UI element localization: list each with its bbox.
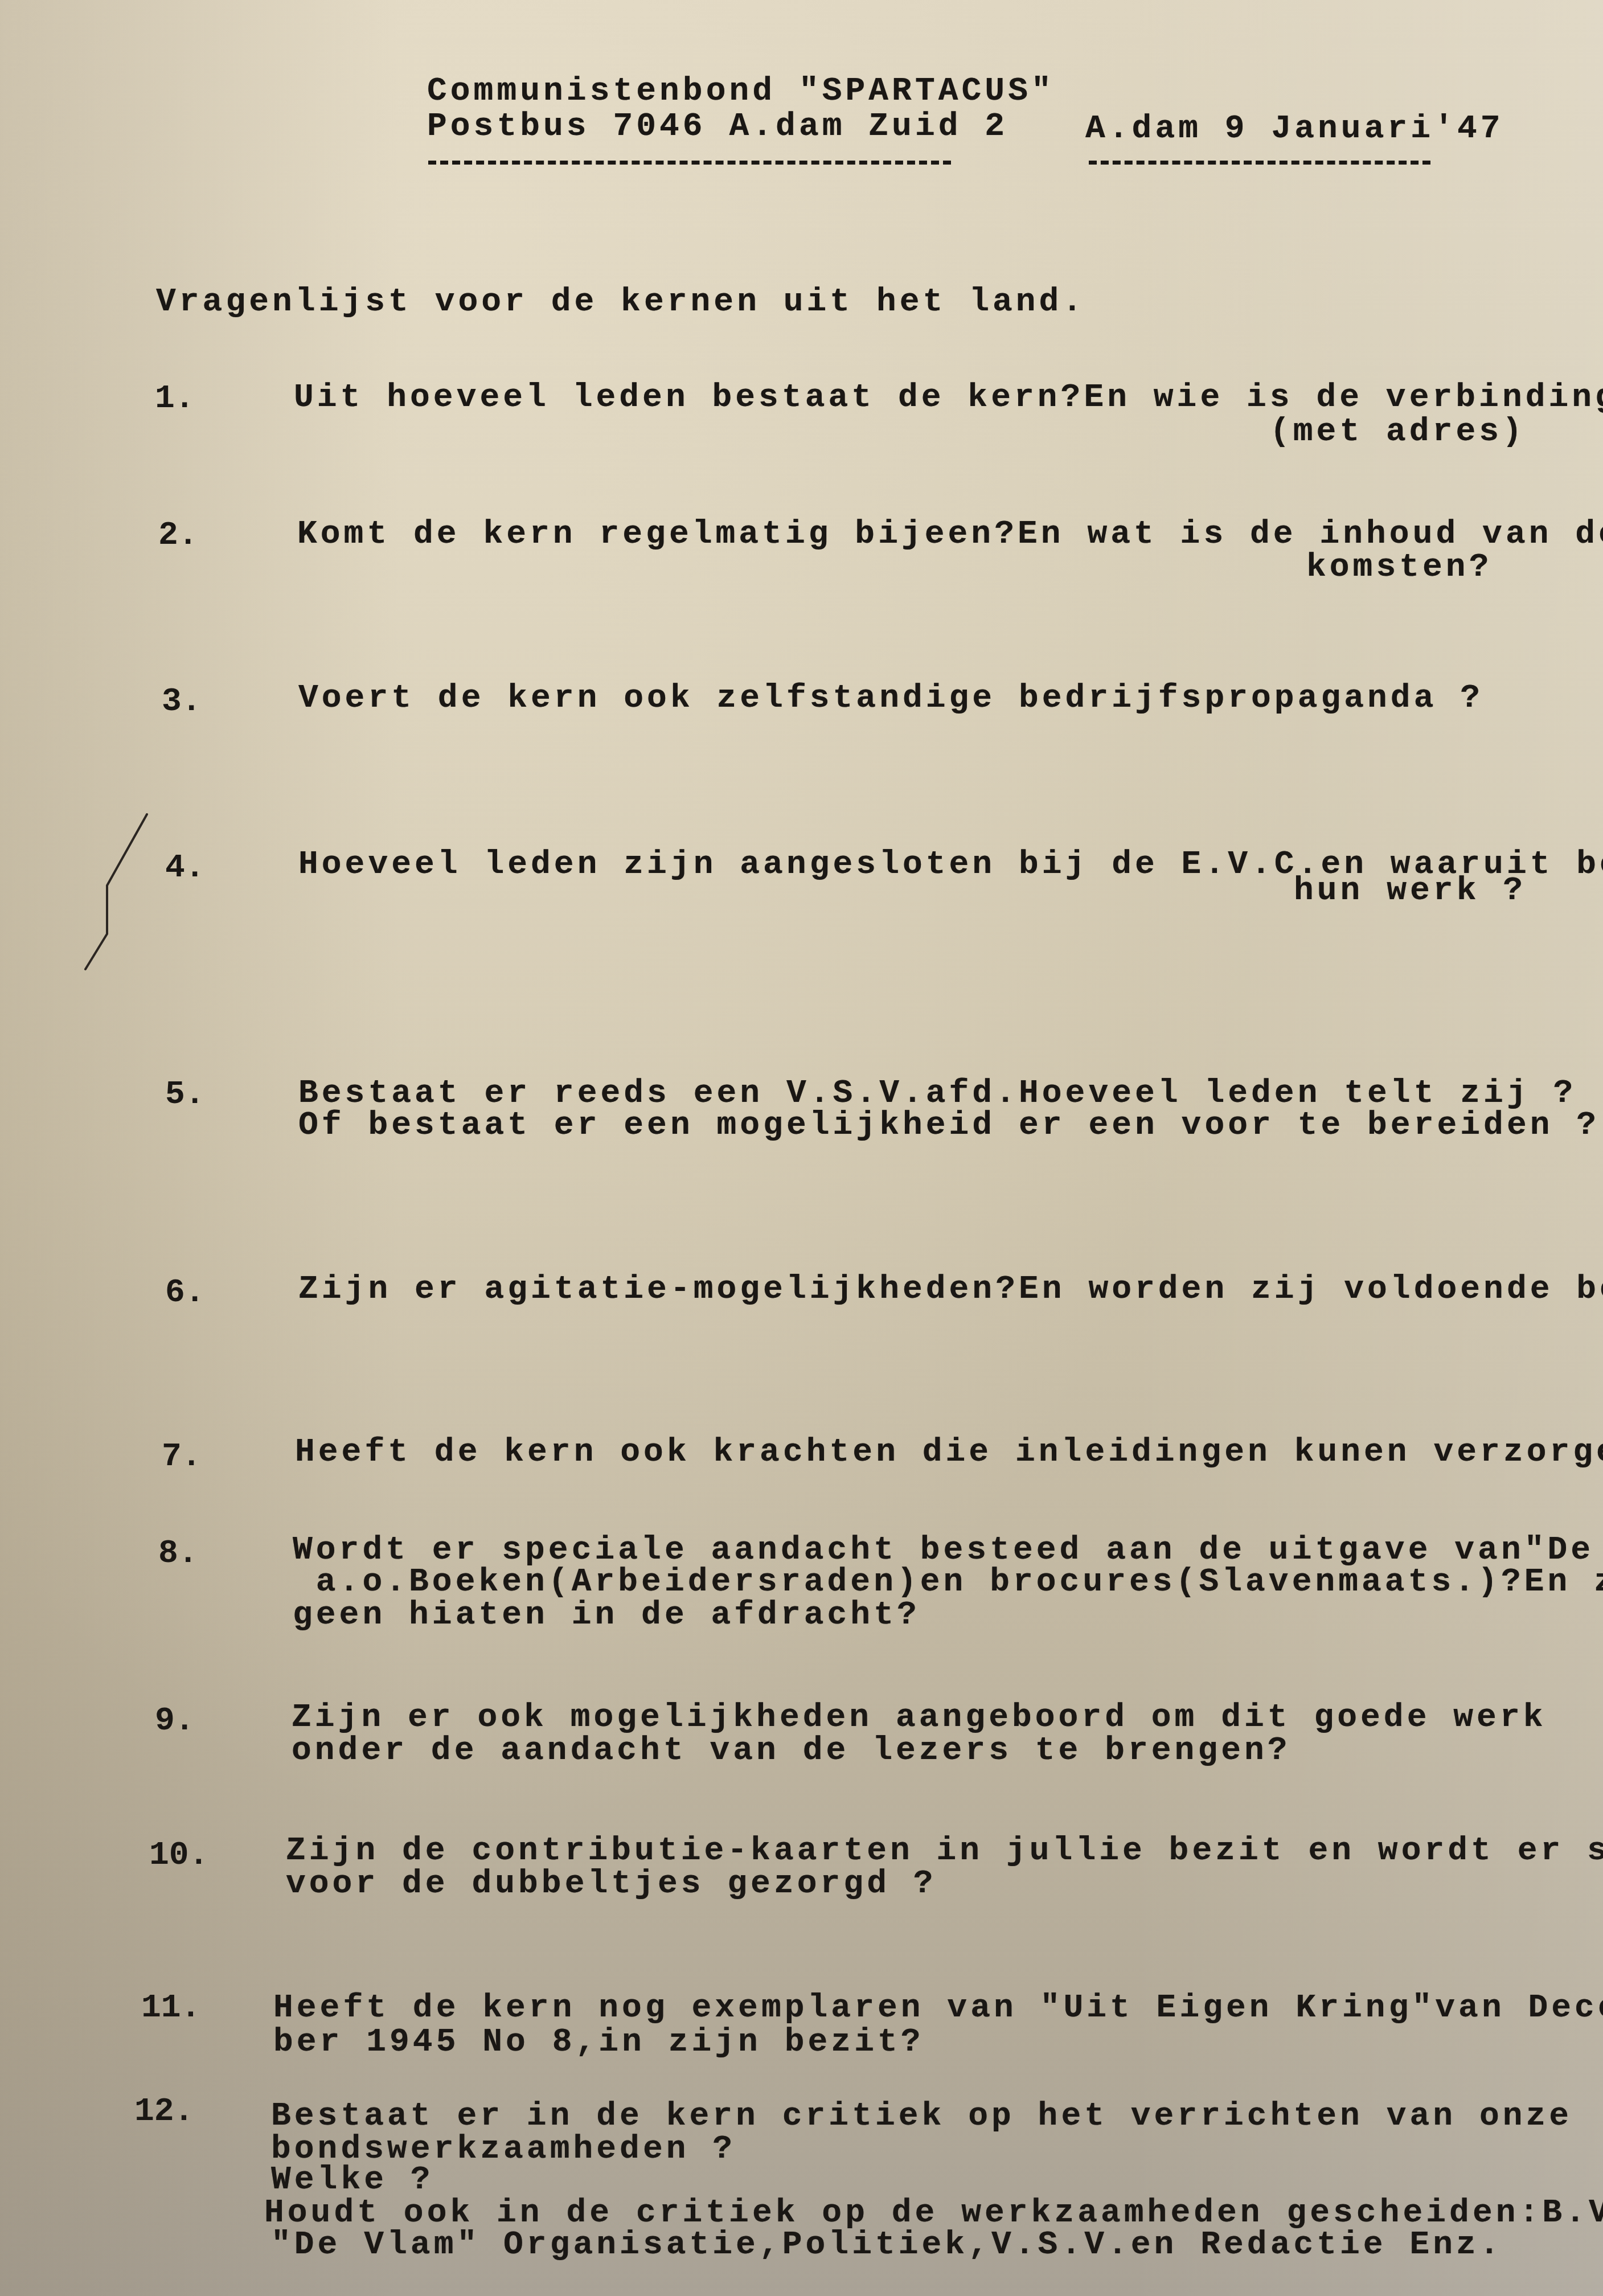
question-number: 4. [165,850,205,887]
question-line: (met adres) [1270,415,1526,450]
question-number: 6. [165,1274,205,1311]
question-line: Uit hoeveel leden bestaat de kern?En wie… [294,380,1603,416]
question-line: Zijn er agitatie-mogelijkheden?En worden… [298,1272,1603,1307]
org-address: Postbus 7046 A.dam Zuid 2 [427,109,1008,145]
question-number: 3. [162,683,202,720]
question-number: 2. [158,517,198,554]
question-line: onder de aandacht van de lezers te breng… [292,1733,1291,1769]
address-underline [428,161,951,165]
question-line: geen hiaten in de afdracht? [293,1598,920,1633]
question-number: 1. [155,380,195,417]
question-line: Wordt er speciale aandacht besteed aan d… [293,1533,1603,1568]
question-line: komsten? [1306,550,1492,585]
question-line: hun werk ? [1294,874,1526,909]
question-number: 12. [134,2093,194,2130]
question-line: ber 1945 No 8,in zijn bezit? [273,2025,924,2060]
question-line: Heeft de kern nog exemplaren van "Uit Ei… [273,1991,1603,2026]
question-number: 9. [155,1703,195,1740]
question-line: Zijn er ook mogelijkheden aangeboord om … [292,1700,1547,1736]
question-line: voor de dubbeltjes gezorgd ? [286,1867,937,1902]
date-underline [1089,161,1430,165]
question-line: Bestaat er reeds een V.S.V.afd.Hoeveel l… [298,1076,1576,1112]
question-line: Bestaat er in de kern critiek op het ver… [271,2099,1572,2134]
question-number: 8. [158,1535,198,1572]
question-line: Komt de kern regelmatig bijeen?En wat is… [297,517,1603,552]
org-name: Communistenbond "SPARTACUS" [427,74,1055,109]
paper-background [0,0,1603,2296]
question-line: Of bestaat er een mogelijkheid er een vo… [298,1108,1600,1143]
question-number: 5. [165,1076,205,1113]
question-line: Zijn de contributie-kaarten in jullie be… [286,1834,1603,1869]
question-line: Heeft de kern ook krachten die inleiding… [295,1435,1603,1470]
question-number: 11. [141,1990,200,2027]
document-title: Vragenlijst voor de kernen uit het land. [156,285,1085,320]
question-line: a.o.Boeken(Arbeidersraden)en brocures(Sl… [293,1565,1603,1600]
date-line: A.dam 9 Januari'47 [1085,112,1504,147]
question-number: 10. [149,1837,208,1874]
question-number: 7. [162,1438,202,1475]
question-line: Houdt ook in de critiek op de werkzaamhe… [264,2196,1603,2231]
question-line: Voert de kern ook zelfstandige bedrijfsp… [298,681,1483,716]
question-line: "De Vlam" Organisatie,Politiek,V.S.V.en … [271,2228,1503,2263]
pencil-check-mark-icon [74,809,165,974]
question-line: Welke ? [271,2163,434,2198]
